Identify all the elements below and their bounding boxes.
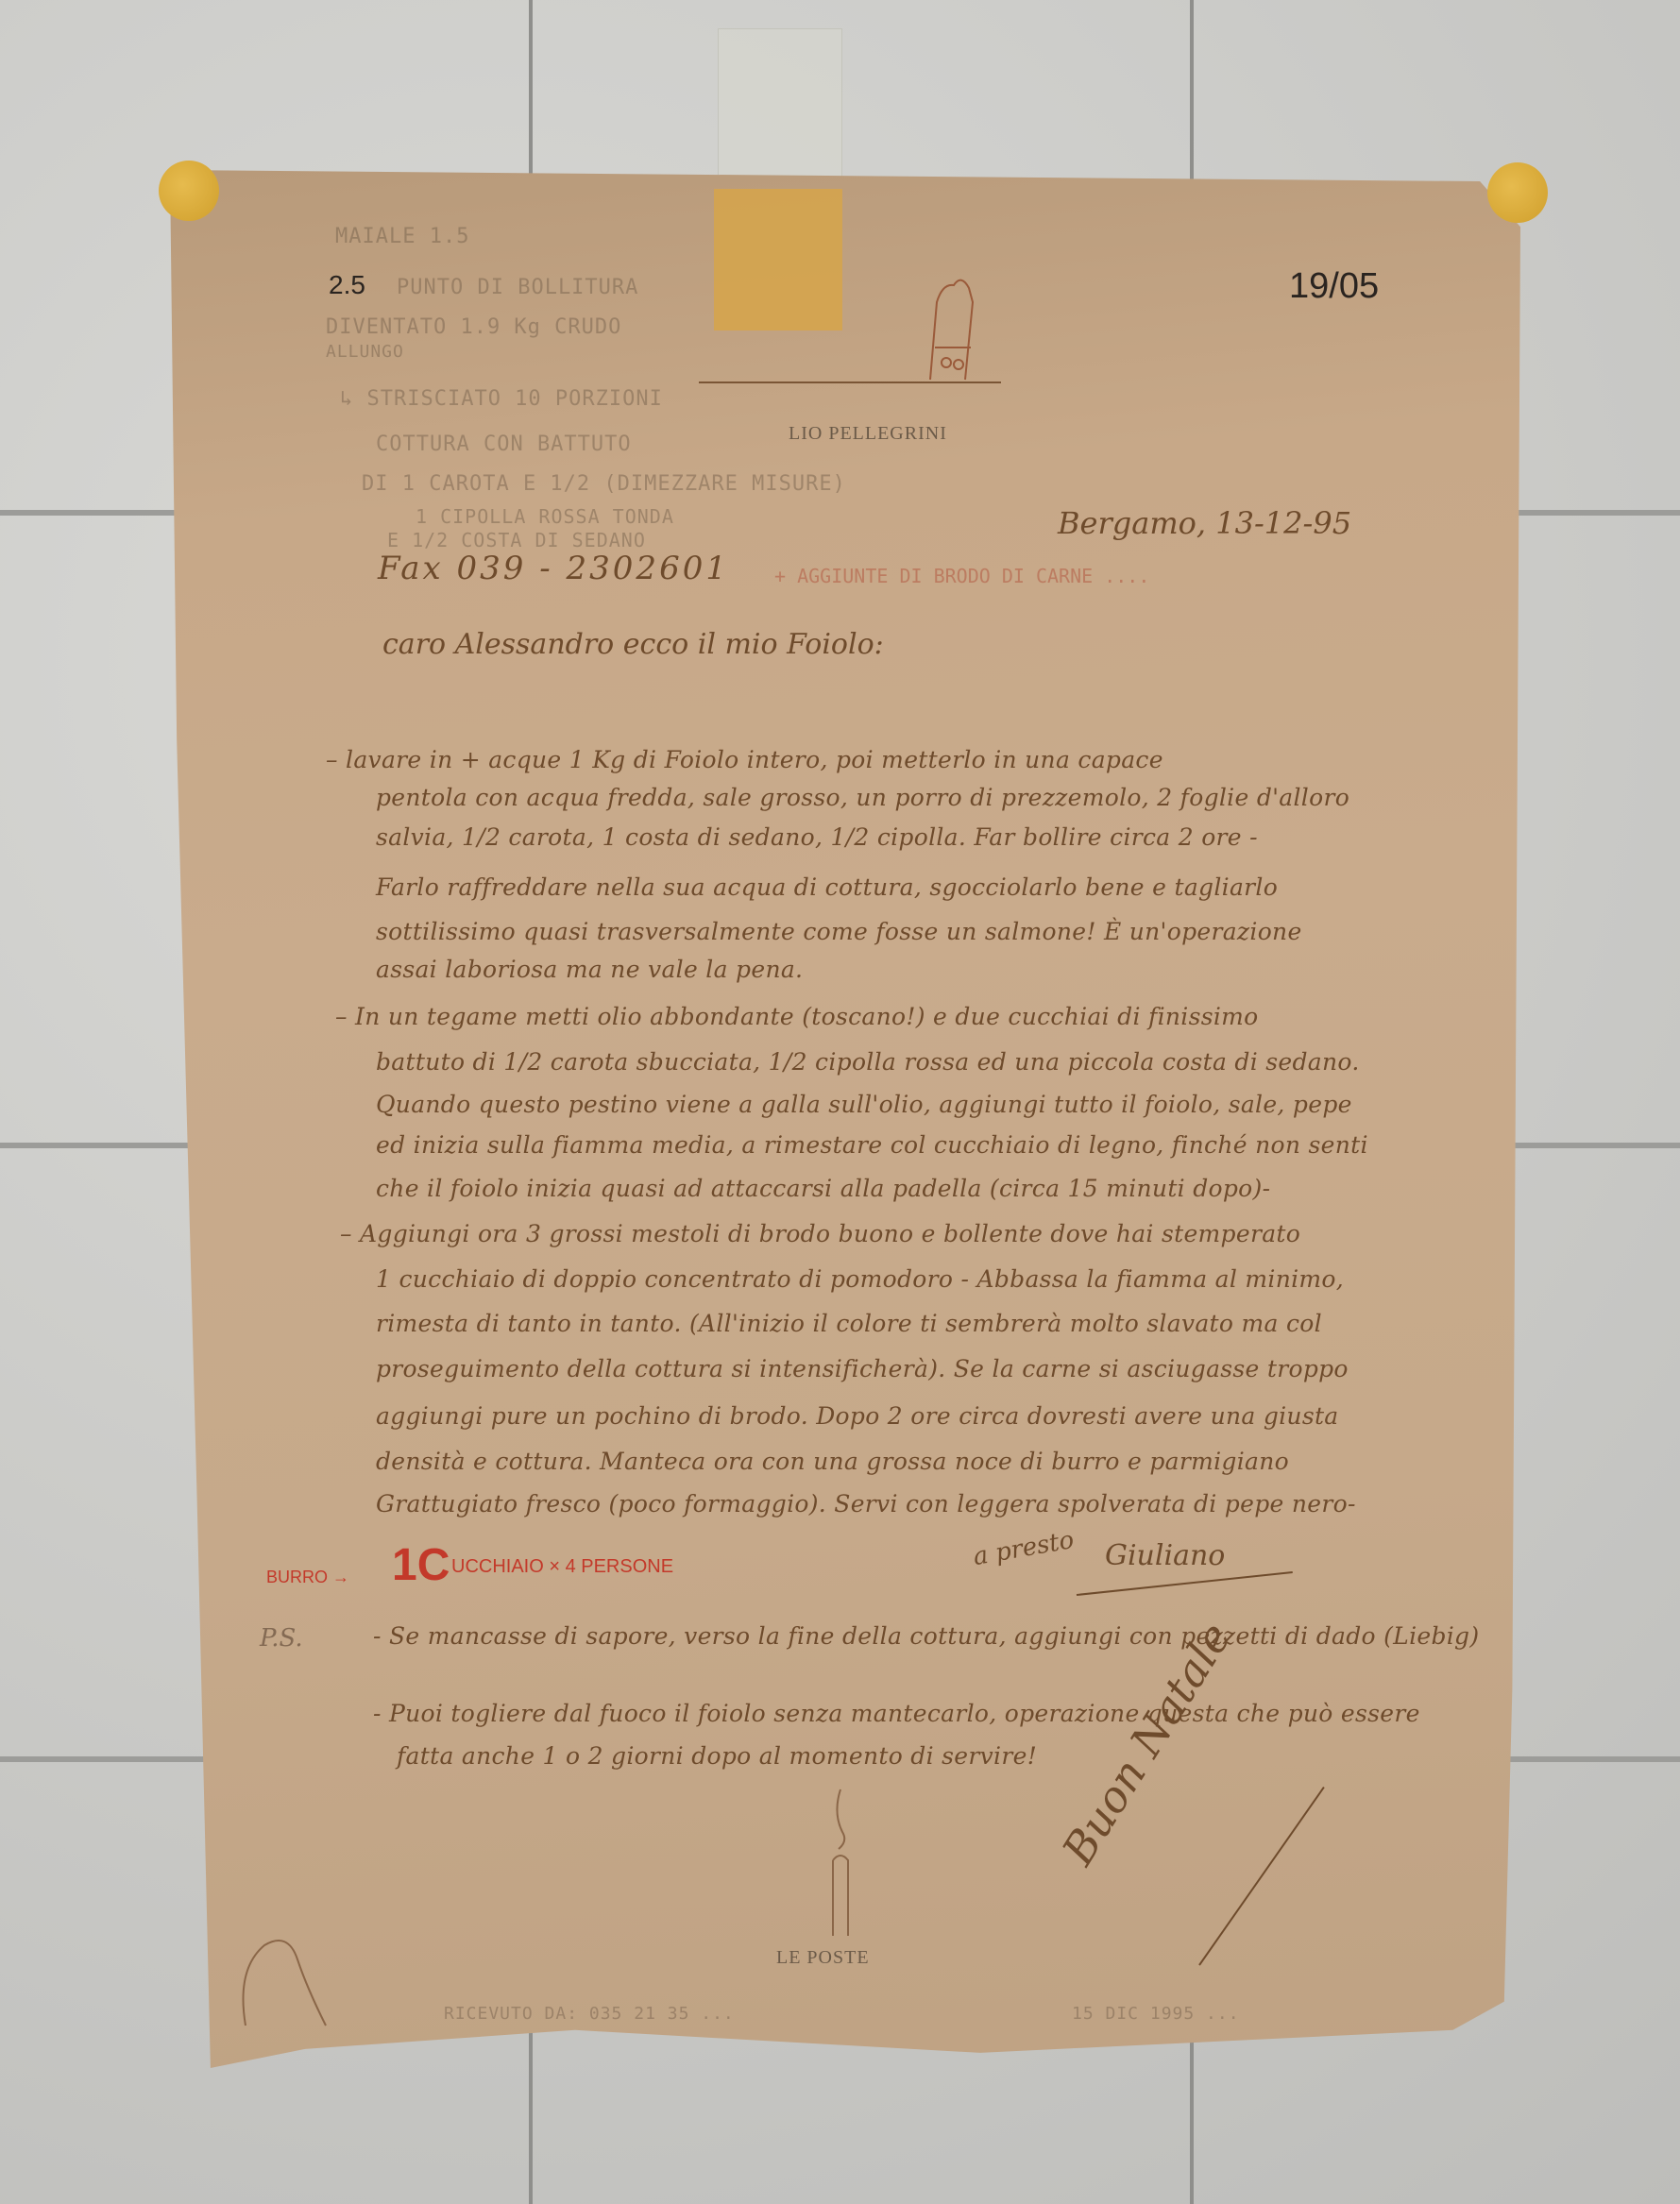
recipe-line: battuto di 1/2 carota sbucciata, 1/2 cip… [376, 1048, 1360, 1076]
recipe-line: rimesta di tanto in tanto. (All'inizio i… [376, 1310, 1322, 1337]
recipe-line: salvia, 1/2 carota, 1 costa di sedano, 1… [376, 823, 1258, 851]
red-note-big: 1C [392, 1539, 450, 1591]
recipe-line: – Aggiungi ora 3 grossi mestoli di brodo… [340, 1220, 1300, 1247]
recipe-line: Farlo raffreddare nella sua acqua di cot… [376, 873, 1278, 901]
pencil-addendum: + AGGIUNTE DI BRODO DI CARNE .... [774, 565, 1149, 587]
recipe-line: ed inizia sulla fiamma media, a rimestar… [376, 1131, 1368, 1159]
letter-greeting: caro Alessandro ecco il mio Foiolo: [382, 628, 884, 661]
recipe-line: densità e cottura. Manteca ora con una g… [376, 1448, 1289, 1475]
ps-line: - Se mancasse di sapore, verso la fine d… [373, 1622, 1479, 1650]
recipe-letter-sheet [170, 170, 1520, 2068]
candle-drawing-icon [812, 1785, 869, 1945]
recipe-line: 1 cucchiaio di doppio concentrato di pom… [376, 1265, 1344, 1293]
recipe-line: pentola con acqua fredda, sale grosso, u… [376, 784, 1349, 811]
pencil-note-line: DIVENTATO 1.9 Kg CRUDO [326, 315, 621, 339]
ps-line: fatta anche 1 o 2 giorni dopo al momento… [397, 1742, 1037, 1770]
pencil-note-line: ↳ STRISCIATO 10 PORZIONI [340, 387, 663, 411]
pencil-note-line: 1 CIPOLLA ROSSA TONDA [416, 505, 674, 528]
top-right-number: 19/05 [1289, 266, 1379, 307]
pin-sticker-right [1487, 162, 1548, 223]
recipe-line: Quando questo pestino viene a galla sull… [376, 1091, 1352, 1118]
fax-number: Fax 039 - 2302601 [378, 550, 729, 587]
place-date: Bergamo, 13-12-95 [1058, 505, 1351, 541]
recipe-line: Grattugiato fresco (poco formaggio). Ser… [376, 1490, 1356, 1517]
recipe-line: che il foiolo inizia quasi ad attaccarsi… [376, 1175, 1270, 1202]
pencil-note-line: DI 1 CAROTA E 1/2 (DIMEZZARE MISURE) [362, 472, 846, 496]
pencil-note-line: E 1/2 COSTA DI SEDANO [387, 529, 646, 551]
letterhead-name: LIO PELLEGRINI [789, 423, 947, 445]
signature: Giuliano [1105, 1539, 1225, 1572]
pencil-note-line: COTTURA CON BATTUTO [376, 432, 632, 456]
footer-mark-le-poste: LE POSTE [776, 1947, 870, 1969]
doodle-drawing-icon [236, 1931, 340, 2035]
recipe-line: – In un tegame metti olio abbondante (to… [335, 1003, 1258, 1030]
ps-label: P.S. [260, 1624, 303, 1653]
red-note-rest: UCCHIAIO × 4 PERSONE [451, 1556, 673, 1578]
recipe-line: proseguimento della cottura si intensifi… [376, 1355, 1349, 1382]
recipe-line: – lavare in + acque 1 Kg di Foiolo inter… [326, 746, 1163, 773]
pencil-note-line: PUNTO DI BOLLITURA [397, 276, 638, 299]
recipe-line: assai laboriosa ma ne vale la pena. [376, 956, 803, 983]
footer-stamp-left: RICEVUTO DA: 035 21 35 ... [444, 2004, 735, 2024]
pencil-note-line: ALLUNGO [326, 342, 404, 362]
tower-drawing-icon [699, 264, 1020, 387]
recipe-line: sottilissimo quasi trasversalmente come … [376, 918, 1302, 945]
pencil-note-weight: MAIALE 1.5 [335, 225, 469, 248]
tape-strip-top [718, 28, 842, 186]
recipe-line: aggiungi pure un pochino di brodo. Dopo … [376, 1402, 1339, 1430]
note-number: 2.5 [329, 270, 365, 300]
red-note-prefix: BURRO → [266, 1568, 349, 1587]
ps-line: - Puoi togliere dal fuoco il foiolo senz… [373, 1700, 1420, 1727]
footer-stamp-right: 15 DIC 1995 ... [1072, 2004, 1240, 2024]
pin-sticker-left [159, 161, 219, 221]
